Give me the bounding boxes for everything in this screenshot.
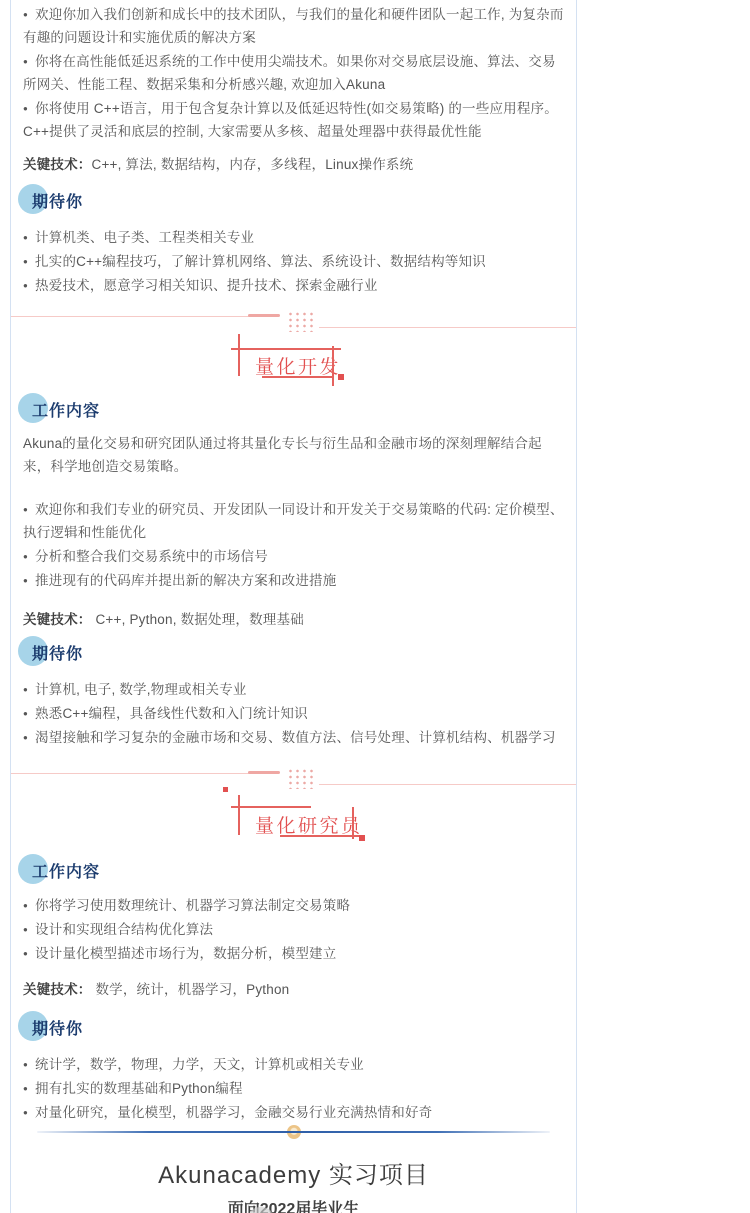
job-title-text: 量化研究员 (255, 811, 363, 838)
bullet-icon: ● (23, 552, 28, 561)
bullet-icon: ● (23, 1108, 28, 1117)
bullet-text: 扎实的C++编程技巧，了解计算机网络、算法、系统设计、数据结构等知识 (35, 254, 486, 269)
bullet-text: 渴望接触和学习复杂的金融市场和交易、数值方法、信号处理、计算机结构、机器学习 (35, 730, 556, 745)
bullet-icon: ● (23, 505, 28, 514)
bullet-icon: ● (23, 709, 28, 718)
job-title-wrap: 量化研究员 (23, 789, 564, 847)
quant-research-expect-list: ●统计学，数学，物理，力学，天文，计算机或相关专业●拥有扎实的数理基础和Pyth… (23, 1053, 564, 1124)
badge-expect-you: 期待你 (23, 636, 564, 666)
bullet-text: 你将在高性能低延迟系统的工作中使用尖端技术。如果你对交易底层设施、算法、交易所网… (23, 54, 556, 92)
bullet-icon: ● (23, 281, 28, 290)
bullet-text: 计算机类、电子类、工程类相关专业 (35, 230, 254, 245)
key-tech-label: 关键技术： (23, 982, 92, 997)
corner-square-icon (359, 835, 365, 841)
bullet-icon: ● (23, 57, 28, 66)
list-item: ●你将在高性能低延迟系统的工作中使用尖端技术。如果你对交易底层设施、算法、交易所… (23, 50, 564, 96)
badge-label: 期待你 (32, 189, 83, 212)
bullet-icon: ● (23, 685, 28, 694)
bullet-icon: ● (23, 10, 28, 19)
bullet-icon: ● (23, 733, 28, 742)
bullet-text: 你将使用 C++语言，用于包含复杂计算以及低延迟特性(如交易策略) 的一些应用程… (23, 101, 558, 139)
crop-mark-overline (231, 806, 311, 808)
bullet-icon: ● (23, 576, 28, 585)
badge-expect-you: 期待你 (23, 184, 564, 214)
divider-line-right (319, 327, 576, 328)
crop-mark-underline (262, 376, 334, 378)
crop-mark-left (238, 795, 240, 835)
key-tech-line: 关键技术： 数学，统计，机器学习，Python (23, 978, 564, 1001)
bullet-text: 推进现有的代码库并提出新的解决方案和改进措施 (35, 573, 336, 588)
bullet-text: 欢迎你加入我们创新和成长中的技术团队，与我们的量化和硬件团队一起工作, 为复杂而… (23, 7, 564, 45)
job-title-wrap: 量化开发 (23, 332, 564, 384)
divider-line-left (11, 316, 261, 317)
quant-dev-work-list: ●欢迎你和我们专业的研究员、开发团队一同设计和开发关于交易策略的代码: 定价模型… (23, 498, 564, 592)
list-item: ●渴望接触和学习复杂的金融市场和交易、数值方法、信号处理、计算机结构、机器学习 (23, 726, 564, 749)
bullet-icon: ● (23, 233, 28, 242)
footer-subtitle: 面向2022届毕业生 (23, 1199, 564, 1213)
divider-dot-grid-icon (287, 311, 313, 332)
footer-title: Akunacademy 实习项目 (23, 1161, 564, 1191)
list-item: ●推进现有的代码库并提出新的解决方案和改进措施 (23, 569, 564, 592)
bullet-icon: ● (23, 1084, 28, 1093)
key-tech-value: 数学，统计，机器学习，Python (92, 982, 290, 997)
quant-dev-expect-list: ●计算机, 电子, 数学,物理或相关专业●熟悉C++编程，具备线性代数和入门统计… (23, 678, 564, 749)
corner-square-icon (223, 787, 228, 792)
key-tech-value: C++, Python, 数据处理，数理基础 (92, 612, 304, 627)
bullet-text: 对量化研究，量化模型，机器学习，金融交易行业充满热情和好奇 (35, 1105, 432, 1120)
section-divider (11, 767, 576, 789)
crop-mark-overline (231, 348, 341, 350)
bullet-text: 你将学习使用数理统计、机器学习算法制定交易策略 (35, 898, 350, 913)
quant-dev-intro-paragraph: Akuna的量化交易和研究团队通过将其量化专长与衍生品和金融市场的深刻理解结合起… (23, 432, 564, 478)
list-item: ●欢迎你和我们专业的研究员、开发团队一同设计和开发关于交易策略的代码: 定价模型… (23, 498, 564, 544)
bullet-text: 拥有扎实的数理基础和Python编程 (35, 1081, 243, 1096)
list-item: ●设计量化模型描述市场行为，数据分析，模型建立 (23, 942, 564, 965)
key-tech-line: 关键技术：C++, 算法, 数据结构，内存，多线程，Linux操作系统 (23, 153, 564, 176)
badge-work-content: 工作内容 (23, 854, 564, 884)
job-title-text: 量化开发 (255, 352, 341, 379)
divider-dot-grid-icon (287, 768, 313, 789)
bullet-text: 分析和整合我们交易系统中的市场信号 (35, 549, 268, 564)
list-item: ●拥有扎实的数理基础和Python编程 (23, 1077, 564, 1100)
badge-expect-you: 期待你 (23, 1011, 564, 1041)
badge-work-content: 工作内容 (23, 393, 564, 423)
end-divider (37, 1125, 550, 1139)
list-item: ●你将使用 C++语言，用于包含复杂计算以及低延迟特性(如交易策略) 的一些应用… (23, 97, 564, 143)
list-item: ●熟悉C++编程，具备线性代数和入门统计知识 (23, 702, 564, 725)
key-tech-label: 关键技术： (23, 612, 92, 627)
bullet-text: 欢迎你和我们专业的研究员、开发团队一同设计和开发关于交易策略的代码: 定价模型、… (23, 502, 564, 540)
badge-label: 工作内容 (32, 859, 100, 882)
divider-accent-segment (248, 771, 280, 774)
end-divider-line (37, 1131, 550, 1133)
bullet-text: 设计和实现组合结构优化算法 (35, 922, 213, 937)
bullet-icon: ● (23, 949, 28, 958)
bullet-text: 统计学，数学，物理，力学，天文，计算机或相关专业 (35, 1057, 364, 1072)
list-item: ●对量化研究，量化模型，机器学习，金融交易行业充满热情和好奇 (23, 1101, 564, 1124)
crop-mark-right (352, 807, 354, 839)
key-tech-value: C++, 算法, 数据结构，内存，多线程，Linux操作系统 (92, 157, 414, 172)
divider-line-right (319, 784, 576, 785)
key-tech-line: 关键技术： C++, Python, 数据处理，数理基础 (23, 608, 564, 631)
badge-label: 期待你 (32, 641, 83, 664)
bullet-text: 设计量化模型描述市场行为，数据分析，模型建立 (35, 946, 336, 961)
article-page: ●欢迎你加入我们创新和成长中的技术团队，与我们的量化和硬件团队一起工作, 为复杂… (0, 0, 750, 1213)
divider-line-left (11, 773, 261, 774)
list-item: ●统计学，数学，物理，力学，天文，计算机或相关专业 (23, 1053, 564, 1076)
dev-intro-bullet-list: ●欢迎你加入我们创新和成长中的技术团队，与我们的量化和硬件团队一起工作, 为复杂… (23, 0, 564, 143)
bullet-icon: ● (23, 925, 28, 934)
crop-mark-left (238, 334, 240, 376)
list-item: ●分析和整合我们交易系统中的市场信号 (23, 545, 564, 568)
key-tech-label: 关键技术： (23, 157, 92, 172)
quant-research-work-list: ●你将学习使用数理统计、机器学习算法制定交易策略●设计和实现组合结构优化算法●设… (23, 894, 564, 965)
bullet-text: 热爱技术，愿意学习相关知识、提升技术、探索金融行业 (35, 278, 378, 293)
crop-mark-right (332, 346, 334, 386)
corner-square-icon (338, 374, 344, 380)
list-item: ●计算机类、电子类、工程类相关专业 (23, 226, 564, 249)
list-item: ●你将学习使用数理统计、机器学习算法制定交易策略 (23, 894, 564, 917)
badge-label: 期待你 (32, 1016, 83, 1039)
list-item: ●扎实的C++编程技巧，了解计算机网络、算法、系统设计、数据结构等知识 (23, 250, 564, 273)
bullet-text: 计算机, 电子, 数学,物理或相关专业 (35, 682, 247, 697)
bullet-icon: ● (23, 1060, 28, 1069)
list-item: ●热爱技术，愿意学习相关知识、提升技术、探索金融行业 (23, 274, 564, 297)
bullet-icon: ● (23, 901, 28, 910)
bullet-icon: ● (23, 257, 28, 266)
dev-intro-expect-list: ●计算机类、电子类、工程类相关专业●扎实的C++编程技巧，了解计算机网络、算法、… (23, 226, 564, 297)
list-item: ●计算机, 电子, 数学,物理或相关专业 (23, 678, 564, 701)
article-content-box: ●欢迎你加入我们创新和成长中的技术团队，与我们的量化和硬件团队一起工作, 为复杂… (10, 0, 577, 1213)
list-item: ●欢迎你加入我们创新和成长中的技术团队，与我们的量化和硬件团队一起工作, 为复杂… (23, 3, 564, 49)
bullet-icon: ● (23, 104, 28, 113)
section-divider (11, 310, 576, 332)
list-item: ●设计和实现组合结构优化算法 (23, 918, 564, 941)
divider-accent-segment (248, 314, 280, 317)
bullet-text: 熟悉C++编程，具备线性代数和入门统计知识 (35, 706, 308, 721)
badge-label: 工作内容 (32, 398, 100, 421)
